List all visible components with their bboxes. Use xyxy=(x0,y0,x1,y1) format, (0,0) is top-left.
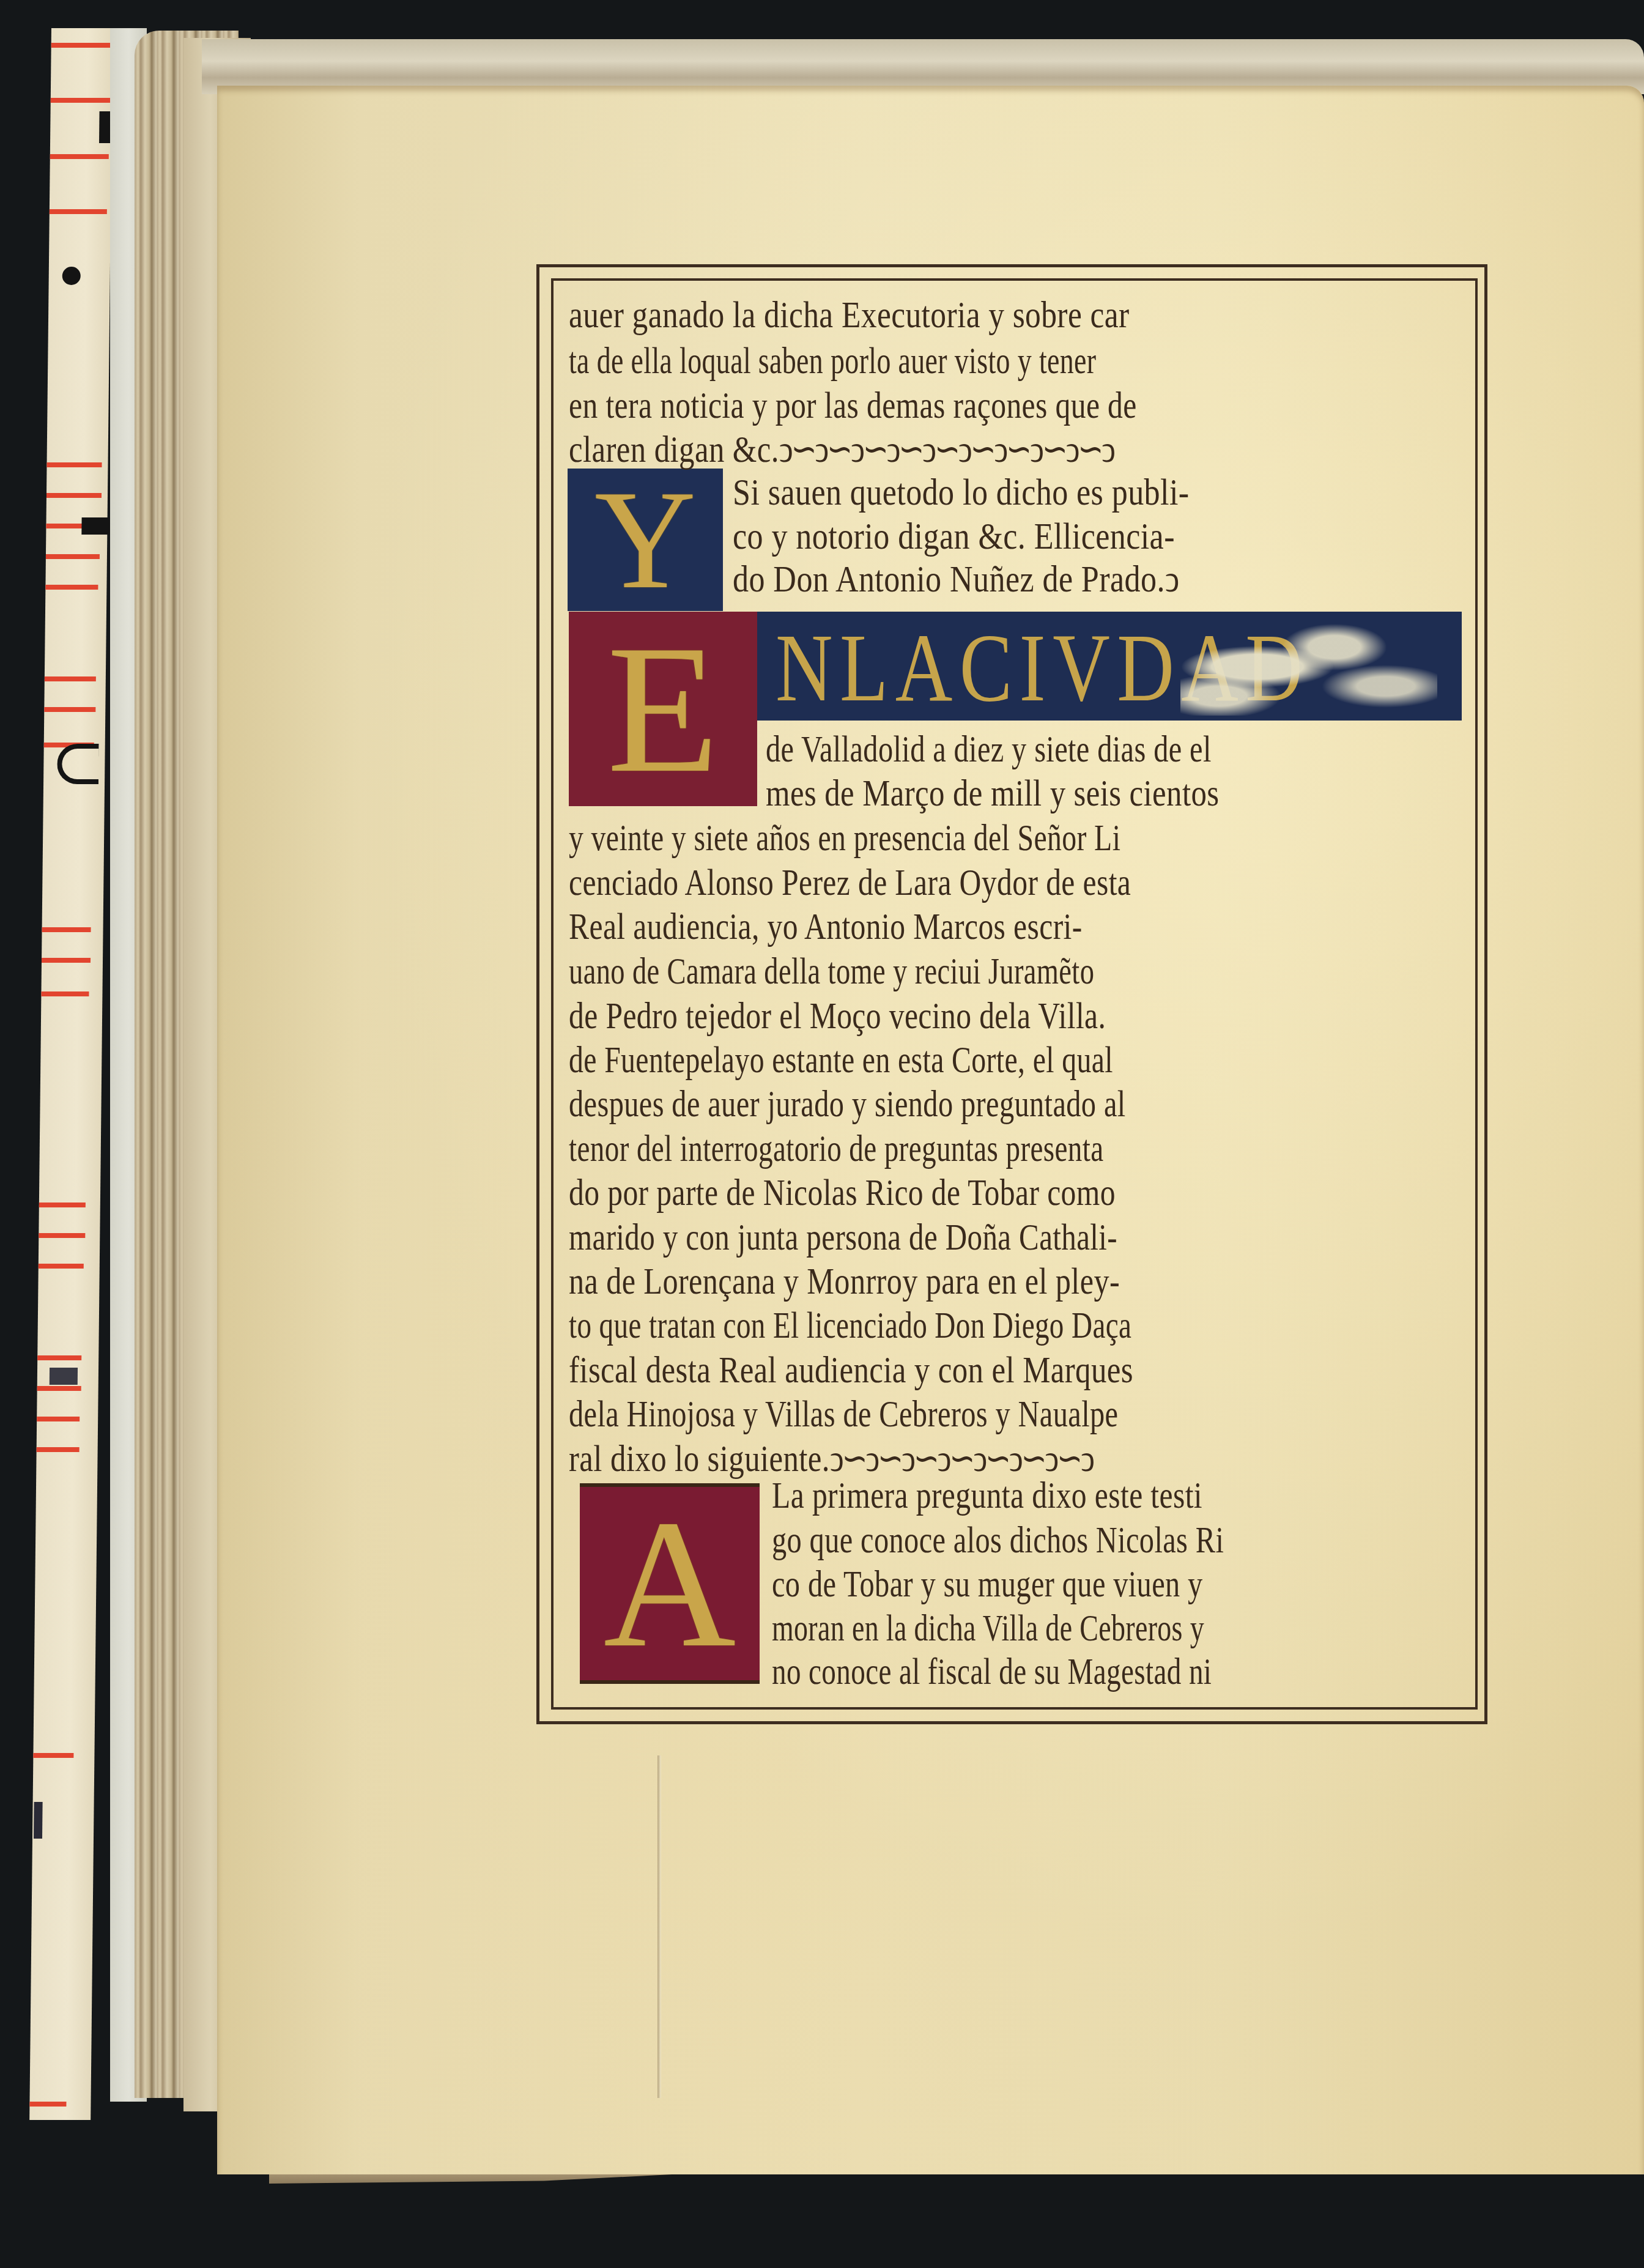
ruler-tick xyxy=(42,958,91,963)
illuminated-initial-y: Y xyxy=(568,469,723,611)
ruler-tick xyxy=(51,98,111,103)
ruler-tick xyxy=(46,462,102,467)
ruler-mark xyxy=(62,267,81,285)
ruler-tick xyxy=(45,585,98,590)
ruler-tick xyxy=(37,1386,81,1391)
text-line: to que tratan con El licenciado Don Dieg… xyxy=(569,1304,1131,1347)
text-line: ta de ella loqual saben porlo auer visto… xyxy=(569,339,1096,382)
text-line: Si sauen quetodo lo dicho es publi- xyxy=(733,471,1190,514)
ruler-tick xyxy=(37,1355,81,1360)
ruler-tick xyxy=(46,493,102,498)
ruler-tick xyxy=(29,2102,66,2107)
text-line: de Fuentepelayo estante en esta Corte, e… xyxy=(569,1039,1113,1081)
ruler-mark xyxy=(57,744,99,784)
line-filler-flourish: ↄ∽ↄ∽ↄ∽ↄ∽ↄ∽ↄ∽ↄ∽ↄ∽ↄ∽ↄ xyxy=(779,429,1114,470)
text-line: no conoce al fiscal de su Magestad ni xyxy=(772,1650,1212,1693)
ruler-mark xyxy=(81,517,111,535)
page-fold xyxy=(657,1755,661,2098)
ruler-tick xyxy=(50,154,109,159)
ruler-mark xyxy=(99,111,111,143)
text-line: moran en la dicha Villa de Cebreros y xyxy=(772,1607,1204,1650)
text-span: claren digan &c. xyxy=(569,429,779,470)
text-line: do Don Antonio Nuñez de Prado.ↄ xyxy=(733,558,1177,601)
ruler-tick xyxy=(37,1447,80,1452)
text-span: do Don Antonio Nuñez de Prado. xyxy=(733,558,1165,600)
text-line: Real audiencia, yo Antonio Marcos escri- xyxy=(569,905,1083,948)
ruler-tick xyxy=(39,1264,84,1269)
pigment-loss xyxy=(1180,618,1437,716)
text-line: La primera pregunta dixo este testi xyxy=(772,1474,1202,1517)
ruler-tick xyxy=(44,707,95,712)
text-line: go que conoce alos dichos Nicolas Ri xyxy=(772,1519,1224,1562)
initial-letter: E xyxy=(607,604,719,815)
ruler-mark xyxy=(50,1368,78,1385)
ruler-tick xyxy=(39,1203,86,1207)
text-line: dela Hinojosa y Villas de Cebreros y Nau… xyxy=(569,1393,1118,1436)
text-line: do por parte de Nicolas Rico de Tobar co… xyxy=(569,1171,1116,1214)
text-line: de Valladolid a diez y siete dias de el xyxy=(766,728,1212,771)
ruler-tick xyxy=(51,43,115,48)
text-line: en tera noticia y por las demas raçones … xyxy=(569,384,1137,427)
text-line: marido y con junta persona de Doña Catha… xyxy=(569,1216,1117,1259)
ruler-tick xyxy=(46,554,100,559)
ruler-tick xyxy=(37,1417,80,1421)
text-line: na de Lorençana y Monrroy para en el ple… xyxy=(569,1260,1120,1303)
text-line: cenciado Alonso Perez de Lara Oydor de e… xyxy=(569,861,1131,904)
line-filler-flourish: ↄ xyxy=(1165,558,1177,600)
illuminated-initial-e: E xyxy=(569,612,757,806)
color-scale-ruler xyxy=(29,28,113,2120)
text-line: mes de Março de mill y seis cientos xyxy=(766,772,1219,815)
illuminated-initial-a: A xyxy=(580,1483,760,1684)
initial-letter: Y xyxy=(594,459,696,621)
ruler-tick xyxy=(41,991,89,996)
text-line: claren digan &c.ↄ∽ↄ∽ↄ∽ↄ∽ↄ∽ↄ∽ↄ∽ↄ∽ↄ∽ↄ xyxy=(569,428,1114,471)
ruler-tick xyxy=(33,1753,73,1758)
text-line: fiscal desta Real audiencia y con el Mar… xyxy=(569,1349,1133,1392)
ruler-tick xyxy=(42,927,91,932)
text-line: auer ganado la dicha Executoria y sobre … xyxy=(569,294,1130,336)
text-line: co de Tobar y su muger que viuen y xyxy=(772,1563,1203,1606)
ruler-tick xyxy=(50,209,107,214)
ruler-tick xyxy=(39,1233,85,1238)
ruler-tick xyxy=(45,676,96,681)
initial-letter: A xyxy=(604,1478,736,1689)
text-span: ral dixo lo siguiente. xyxy=(569,1438,830,1480)
text-line: co y notorio digan &c. Ellicencia- xyxy=(733,515,1175,558)
line-filler-flourish: ↄ∽ↄ∽ↄ∽ↄ∽ↄ∽ↄ∽ↄ∽ↄ xyxy=(830,1438,1093,1480)
text-line: y veinte y siete años en presencia del S… xyxy=(569,817,1120,859)
text-line: tenor del interrogatorio de preguntas pr… xyxy=(569,1127,1103,1170)
ruler-mark xyxy=(34,1802,43,1839)
text-line: uano de Camara della tome y reciui Juram… xyxy=(569,950,1094,993)
text-line: despues de auer jurado y siendo pregunta… xyxy=(569,1083,1126,1125)
text-line: de Pedro tejedor el Moço vecino dela Vil… xyxy=(569,995,1106,1037)
